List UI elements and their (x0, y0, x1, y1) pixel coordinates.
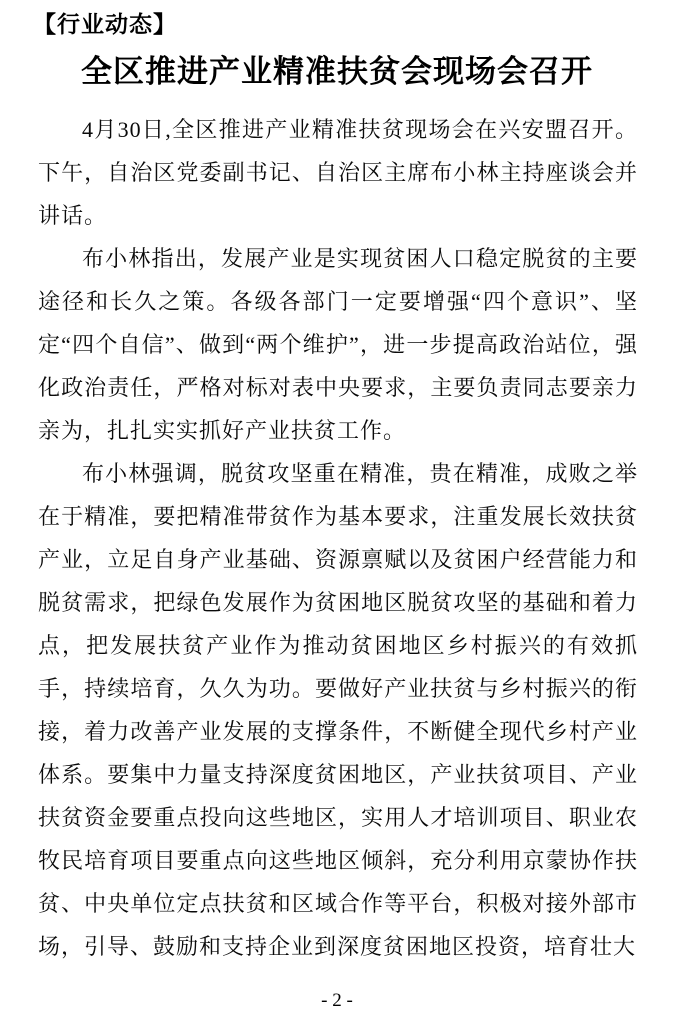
page-title: 全区推进产业精准扶贫会现场会召开 (0, 46, 674, 91)
paragraph-2: 布小林指出，发展产业是实现贫困人口稳定脱贫的主要途径和长久之策。各级各部门一定要… (38, 237, 638, 452)
document-page: 【行业动态】 全区推进产业精准扶贫会现场会召开 4月30日,全区推进产业精准扶贫… (0, 0, 674, 1024)
page-number: - 2 - (0, 990, 674, 1012)
article-body: 4月30日,全区推进产业精准扶贫现场会在兴安盟召开。下午，自治区党委副书记、自治… (38, 108, 638, 968)
paragraph-1: 4月30日,全区推进产业精准扶贫现场会在兴安盟召开。下午，自治区党委副书记、自治… (38, 108, 638, 237)
section-tag: 【行业动态】 (33, 6, 177, 39)
paragraph-3: 布小林强调，脱贫攻坚重在精准，贵在精准，成败之举在于精准，要把精准带贫作为基本要… (38, 452, 638, 968)
